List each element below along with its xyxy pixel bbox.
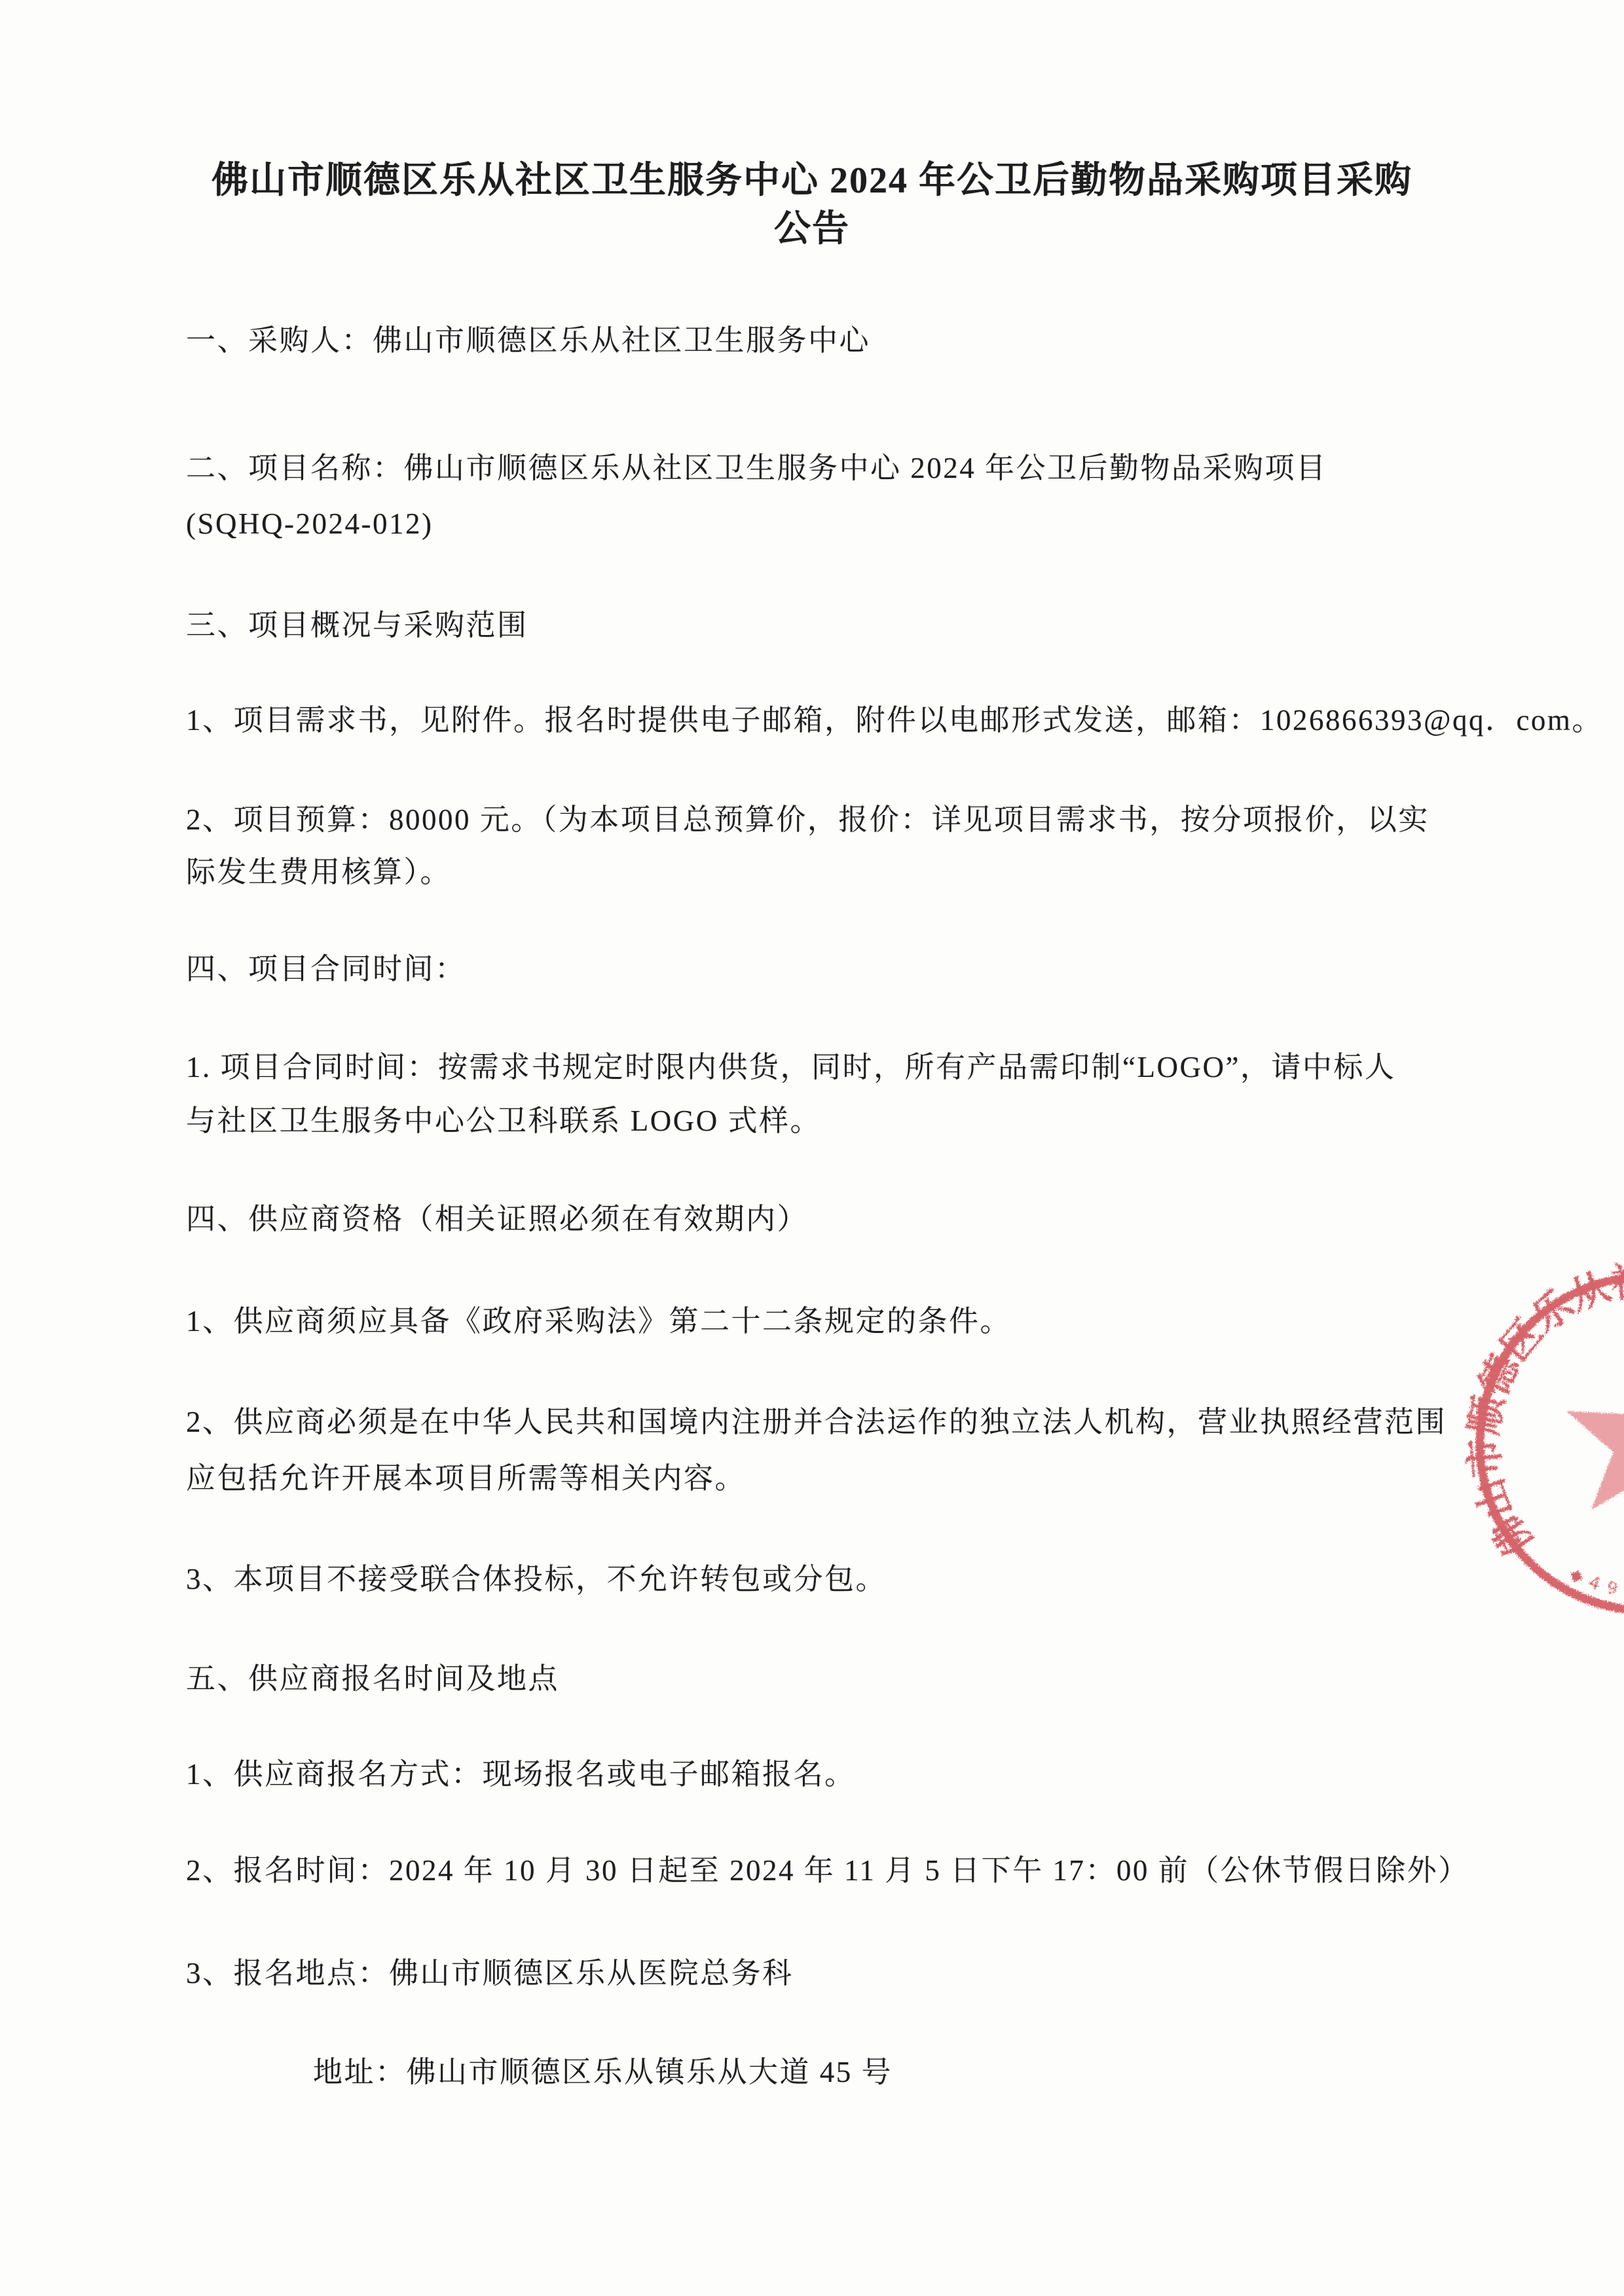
paragraph-purchaser: 一、采购人：佛山市顺德区乐从社区卫生服务中心 — [186, 313, 870, 368]
paragraph-signup-method: 1、供应商报名方式：现场报名或电子邮箱报名。 — [186, 1747, 856, 1802]
scanned-document-page: 佛山市顺德区乐从社区卫生服务中心 2024 年公卫后勤物品采购项目采购 公告 一… — [0, 0, 1624, 2296]
paragraph-signup-place: 3、报名地点：佛山市顺德区乐从医院总务科 — [186, 1946, 794, 2001]
paragraph-qualification-1: 1、供应商须应具备《政府采购法》第二十二条规定的条件。 — [186, 1294, 1011, 1349]
heading-supplier-qualification: 四、供应商资格（相关证照必须在有效期内） — [186, 1192, 808, 1247]
svg-text:佛山市顺德区乐从社区卫生服务中心: 佛山市顺德区乐从社区卫生服务中心 — [1462, 1258, 1624, 1563]
paragraph-contract-line-1: 1. 项目合同时间：按需求书规定时限内供货，同时，所有产品需印制“LOGO”，请… — [186, 1040, 1395, 1095]
paragraph-qualification-2-line-1: 2、供应商必须是在中华人民共和国境内注册并合法运作的独立法人机构，营业执照经营范… — [186, 1394, 1447, 1449]
paragraph-qualification-3: 3、本项目不接受联合体投标，不允许转包或分包。 — [186, 1552, 887, 1607]
heading-contract-time: 四、项目合同时间： — [186, 941, 466, 996]
paragraph-project-name-line-2: (SQHQ-2024-012) — [186, 496, 433, 551]
svg-text:◆490600: ◆490600 — [1567, 1564, 1624, 1602]
heading-signup-time-place: 五、供应商报名时间及地点 — [186, 1651, 559, 1706]
seal-star — [1566, 1357, 1624, 1518]
seal-ring — [1480, 1277, 1624, 1611]
official-seal: 佛山市顺德区乐从社区卫生服务中心 ◆490600 — [1441, 1133, 1624, 1755]
document-title-line-2: 公告 — [0, 202, 1624, 257]
paragraph-project-name-line-1: 二、项目名称：佛山市顺德区乐从社区卫生服务中心 2024 年公卫后勤物品采购项目 — [186, 441, 1327, 496]
paragraph-signup-address: 地址：佛山市顺德区乐从镇乐从大道 45 号 — [313, 2045, 893, 2100]
document-title-line-1: 佛山市顺德区乐从社区卫生服务中心 2024 年公卫后勤物品采购项目采购 — [0, 153, 1624, 208]
paragraph-budget-line-2: 际发生费用核算）。 — [186, 845, 451, 900]
seal-arc-text: 佛山市顺德区乐从社区卫生服务中心 — [1462, 1258, 1624, 1563]
paragraph-budget-line-1: 2、项目预算：80000 元。（为本项目总预算价，报价：详见项目需求书，按分项报… — [186, 792, 1430, 847]
paragraph-signup-time: 2、报名时间：2024 年 10 月 30 日起至 2024 年 11 月 5 … — [186, 1843, 1469, 1898]
paragraph-contract-line-2: 与社区卫生服务中心公卫科联系 LOGO 式样。 — [186, 1093, 821, 1148]
seal-code-digits: ◆490600 — [1567, 1564, 1624, 1602]
paragraph-qualification-2-line-2: 应包括允许开展本项目所需等相关内容。 — [186, 1451, 746, 1506]
heading-project-overview: 三、项目概况与采购范围 — [186, 598, 528, 653]
paragraph-requirement-item: 1、项目需求书，见附件。报名时提供电子邮箱，附件以电邮形式发送，邮箱：10268… — [186, 693, 1603, 748]
